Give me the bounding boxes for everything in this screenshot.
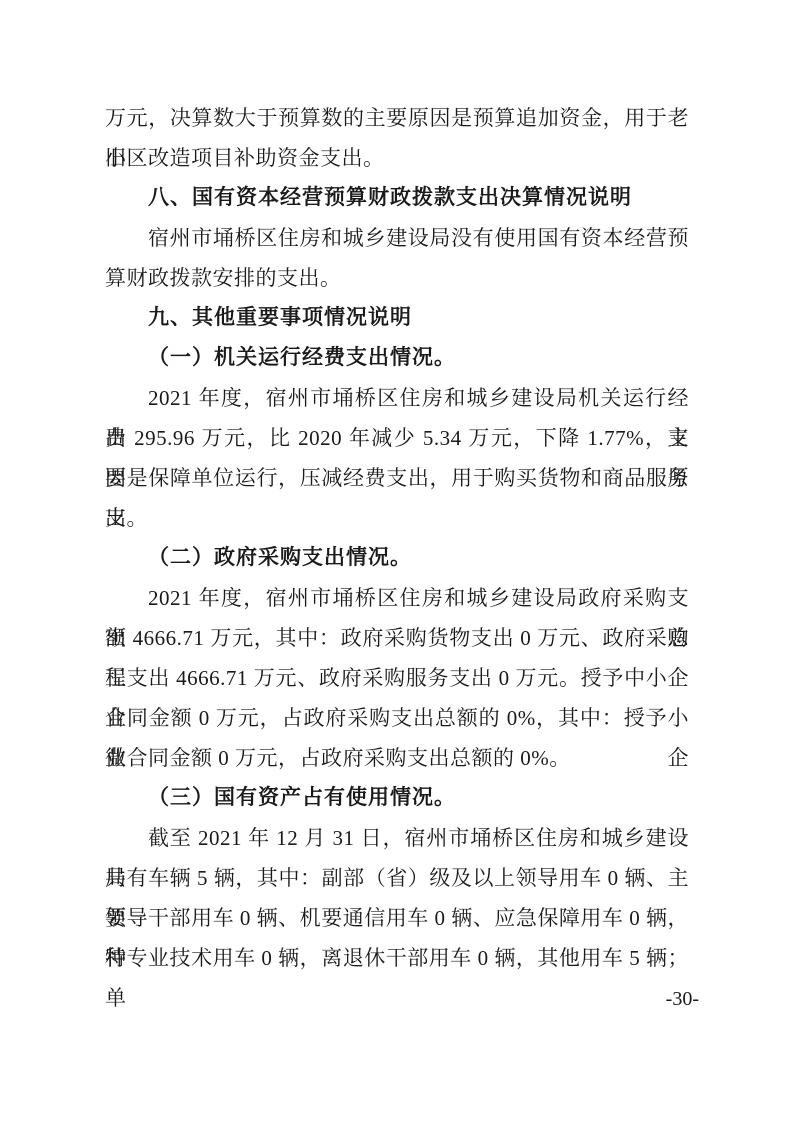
body-line: 小区改造项目补助资金支出。	[105, 138, 689, 178]
body-line: 合同金额 0 万元，占政府采购支出总额的 0%，其中：授予小微企	[105, 698, 689, 738]
body-line: 2021 年度，宿州市埇桥区住房和城乡建设局政府采购支出总	[105, 578, 689, 618]
heading-section-8: 八、国有资本经营预算财政拨款支出决算情况说明	[105, 178, 689, 218]
body-line: 万元，决算数大于预算数的主要原因是预算追加资金，用于老旧	[105, 98, 689, 138]
body-line: 宿州市埇桥区住房和城乡建设局没有使用国有资本经营预	[105, 218, 689, 258]
body-line: 2021 年度，宿州市埇桥区住房和城乡建设局机关运行经费支	[105, 378, 689, 418]
body-line: 截至 2021 年 12 月 31 日，宿州市埇桥区住房和城乡建设局	[105, 818, 689, 858]
body-line: 算财政拨款安排的支出。	[105, 258, 689, 298]
body-line: 领导干部用车 0 辆、机要通信用车 0 辆、应急保障用车 0 辆，特	[105, 898, 689, 938]
body-line: 共有车辆 5 辆，其中：副部（省）级及以上领导用车 0 辆、主要	[105, 858, 689, 898]
body-line: 种专业技术用车 0 辆，离退休干部用车 0 辆，其他用车 5 辆；单	[105, 938, 689, 978]
heading-subsection-3: （三）国有资产占有使用情况。	[105, 778, 689, 818]
body-line: 额 4666.71 万元，其中：政府采购货物支出 0 万元、政府采购工	[105, 618, 689, 658]
heading-subsection-1: （一）机关运行经费支出情况。	[105, 338, 689, 378]
body-line: 出。	[105, 498, 689, 538]
body-line: 因是保障单位运行，压减经费支出，用于购买货物和商品服务支	[105, 458, 689, 498]
body-line: 出 295.96 万元，比 2020 年减少 5.34 万元，下降 1.77%，…	[105, 418, 689, 458]
document-body: 万元，决算数大于预算数的主要原因是预算追加资金，用于老旧 小区改造项目补助资金支…	[105, 98, 689, 978]
heading-section-9: 九、其他重要事项情况说明	[105, 298, 689, 338]
body-line: 程支出 4666.71 万元、政府采购服务支出 0 万元。授予中小企业	[105, 658, 689, 698]
document-page: 万元，决算数大于预算数的主要原因是预算追加资金，用于老旧 小区改造项目补助资金支…	[0, 0, 793, 1122]
page-number: -30-	[666, 986, 699, 1012]
heading-subsection-2: （二）政府采购支出情况。	[105, 538, 689, 578]
